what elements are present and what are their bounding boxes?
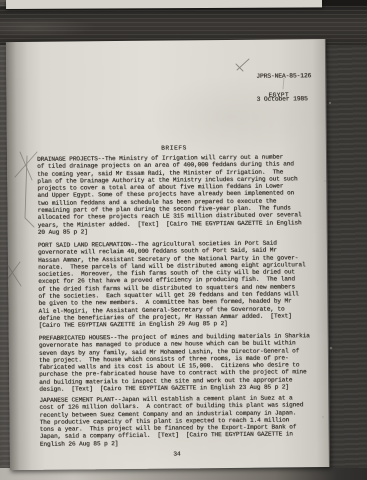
page-number: 34	[40, 449, 314, 459]
brief-prefabricated-houses: PREFABRICATED HOUSES--The project of min…	[39, 332, 311, 393]
document-page: JPRS-NEA-85-126 3 October 1985 EGYPT BRI…	[6, 39, 330, 470]
country-heading: EGYPT	[268, 91, 289, 98]
brief-japanese-cement-plant: JAPANESE CEMENT PLANT--Japan will establ…	[39, 394, 303, 448]
microfilm-scan-viewport: JPRS-NEA-85-126 3 October 1985 EGYPT BRI…	[0, 0, 367, 480]
brief-drainage-projects: DRAINAGE PROJECTS--The Ministry of Irrig…	[37, 153, 302, 236]
report-id: JPRS-NEA-85-126	[256, 72, 311, 80]
brief-port-said-land-reclamation: PORT SAID LAND RECLAMATION--The agricult…	[38, 239, 306, 329]
section-title: BRIEFS	[37, 143, 311, 153]
report-header: JPRS-NEA-85-126 3 October 1985	[256, 57, 311, 118]
scanner-bed-strip	[0, 468, 367, 480]
